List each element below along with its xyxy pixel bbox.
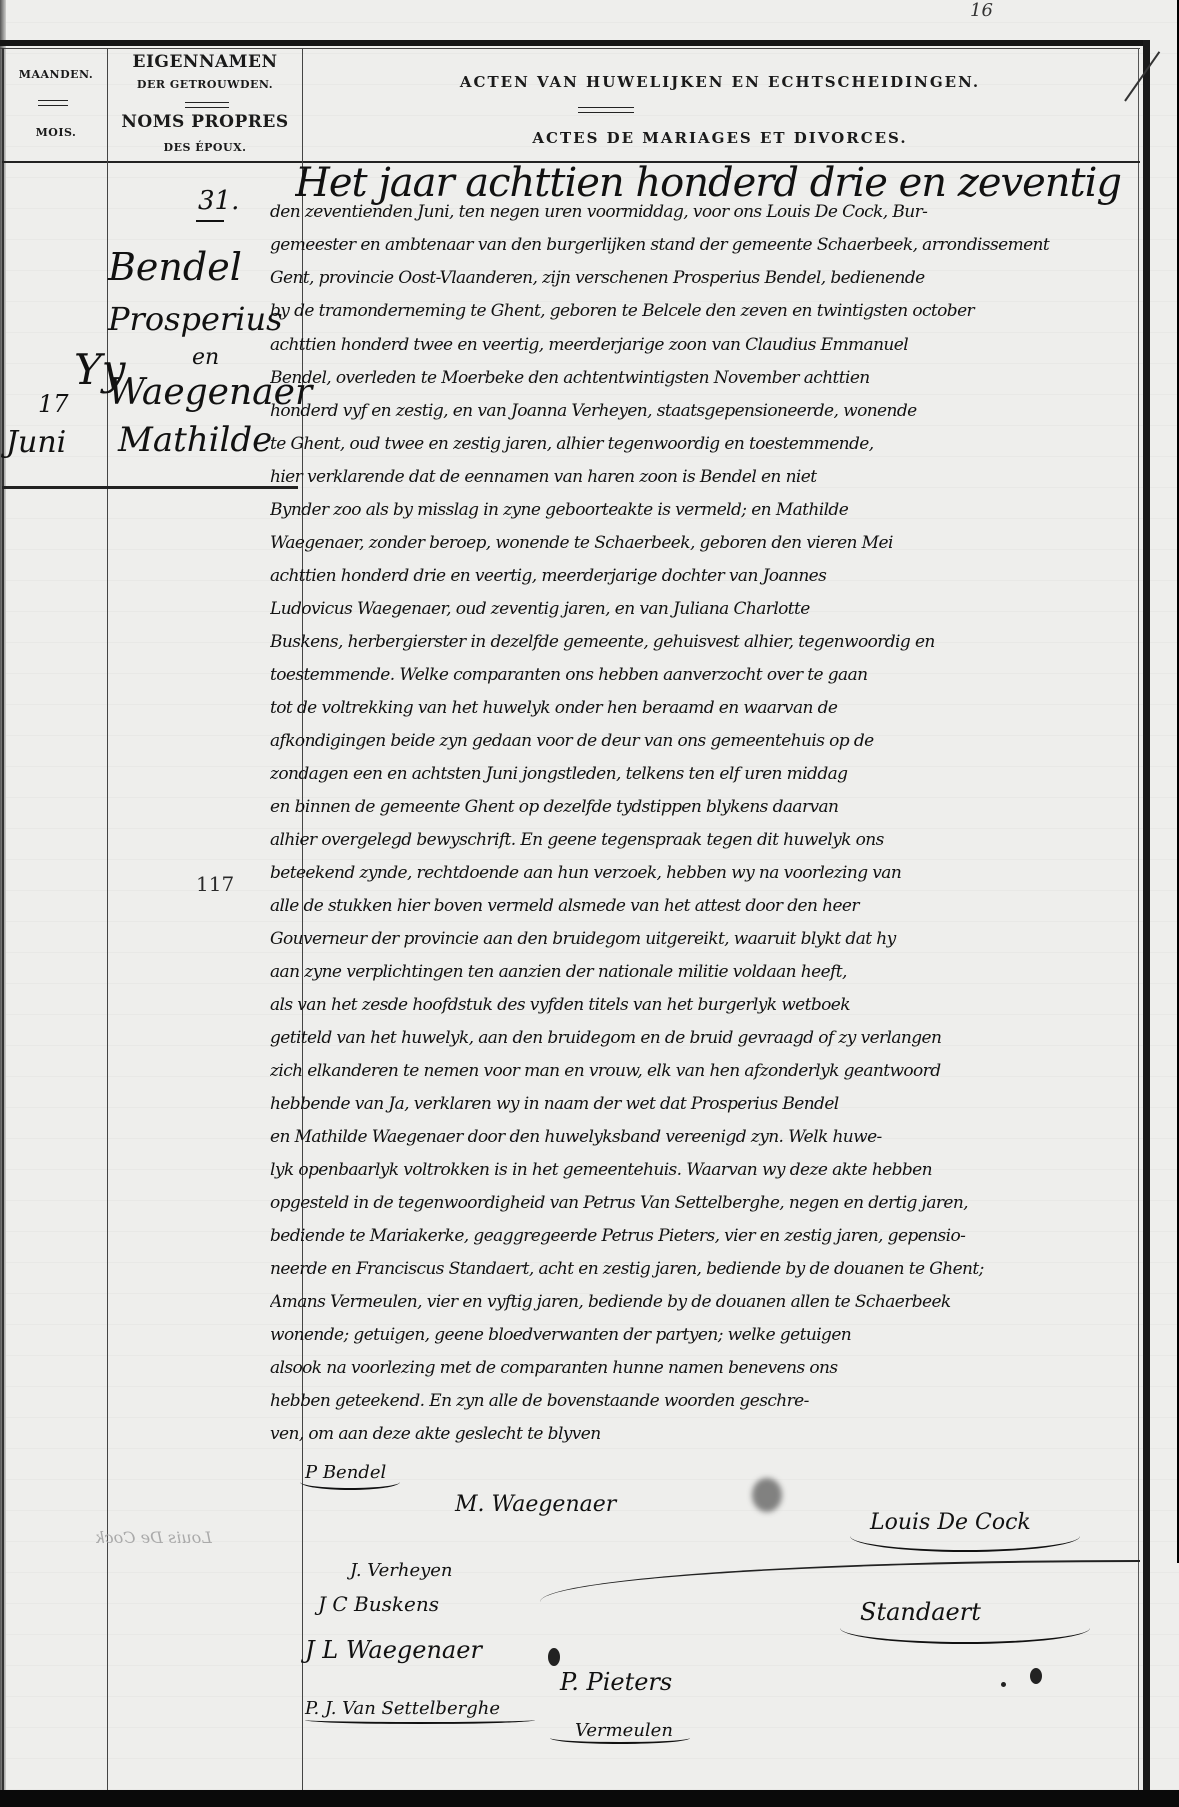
page-title-nl: ACTEN VAN HUWELIJKEN EN ECHTSCHEIDINGEN. <box>305 73 1135 91</box>
body-line: opgesteld in de tegenwoordigheid van Pet… <box>270 1193 1136 1213</box>
folio-number: 16 <box>970 0 993 21</box>
body-line: bediende te Mariakerke, geaggregeerde Pe… <box>270 1226 1136 1246</box>
ink-smudge <box>752 1478 782 1512</box>
body-line: Ludovicus Waegenaer, oud zeventig jaren,… <box>270 599 1136 619</box>
body-line: alsook na voorlezing met de comparanten … <box>270 1358 1136 1378</box>
signature-bleed-through: Louis De Cock <box>95 1528 212 1547</box>
body-line: alhier overgelegd bewyschrift. En geene … <box>270 830 1136 850</box>
frame-right-inner-rule <box>1138 48 1139 1790</box>
body-line: beteekend zynde, rechtdoende aan hun ver… <box>270 863 1136 883</box>
frame-right-rule <box>1143 40 1150 1790</box>
groom-surname: Bendel <box>108 245 242 289</box>
signature-flourish <box>850 1520 1080 1552</box>
entry-number-underline <box>196 220 224 222</box>
body-line: en Mathilde Waegenaer door den huwelyksb… <box>270 1127 1136 1147</box>
body-line: Bynder zoo als by misslag in zyne geboor… <box>270 500 1136 520</box>
entry-day: 17 <box>38 390 69 418</box>
bride-firstname: Mathilde <box>118 420 272 460</box>
double-rule <box>185 102 229 108</box>
body-line: als van het zesde hoofdstuk des vyfden t… <box>270 995 1136 1015</box>
signature-m-waegenaer: M. Waegenaer <box>455 1492 616 1517</box>
signature-flourish <box>300 1474 400 1490</box>
double-rule <box>38 100 68 106</box>
conjunction-en: en <box>192 345 219 370</box>
body-line: hebben geteekend. En zyn alle de bovenst… <box>270 1391 1136 1411</box>
body-line: wonende; getuigen, geene bloedverwanten … <box>270 1325 1136 1345</box>
body-line: achttien honderd drie en veertig, meerde… <box>270 566 1136 586</box>
frame-left-rule <box>2 48 4 1790</box>
column-header-month-nl: MAANDEN. <box>8 68 104 81</box>
column-header-names-nl: EIGENNAMEN <box>110 52 300 72</box>
body-line: Bendel, overleden te Moerbeke den achten… <box>270 368 1136 388</box>
body-line: aan zyne verplichtingen ten aanzien der … <box>270 962 1136 982</box>
body-line: Het jaar achttien honderd drie en zevent… <box>295 160 1161 206</box>
body-line: zondagen een en achtsten Juni jongstlede… <box>270 764 1136 784</box>
signature-verheyen: J. Verheyen <box>350 1560 453 1581</box>
column-header-names-fr-sub: DES ÉPOUX. <box>110 141 300 154</box>
body-line: Waegenaer, zonder beroep, wonende te Sch… <box>270 533 1136 553</box>
signature-flourish <box>840 1612 1090 1644</box>
body-line: ven, om aan deze akte geslecht te blyven <box>270 1424 1136 1444</box>
column-header-month-fr: MOIS. <box>8 126 104 139</box>
register-stamp-number: 117 <box>196 872 234 896</box>
body-line: Amans Vermeulen, vier en vyftig jaren, b… <box>270 1292 1136 1312</box>
body-line: honderd vyf en zestig, en van Joanna Ver… <box>270 401 1136 421</box>
entry-month: Juni <box>6 425 66 460</box>
body-line: neerde en Franciscus Standaert, acht en … <box>270 1259 1136 1279</box>
signature-flourish <box>550 1732 690 1744</box>
body-line: den zeventienden Juni, ten negen uren vo… <box>270 202 1136 222</box>
page-title-fr: ACTES DE MARIAGES ET DIVORCES. <box>305 129 1135 147</box>
signature-buskens: J C Buskens <box>318 1592 439 1616</box>
double-rule <box>578 107 634 113</box>
body-line: by de tramonderneming te Ghent, geboren … <box>270 301 1136 321</box>
signature-flourish <box>305 1716 535 1724</box>
body-line: Gent, provincie Oost-Vlaanderen, zijn ve… <box>270 268 1136 288</box>
body-line: Gouverneur der provincie aan den bruideg… <box>270 929 1136 949</box>
ink-blot <box>1030 1668 1042 1684</box>
body-line: tot de voltrekking van het huwelyk onder… <box>270 698 1136 718</box>
ink-blot <box>548 1648 560 1666</box>
body-line: Buskens, herbergierster in dezelfde geme… <box>270 632 1136 652</box>
body-line: alle de stukken hier boven vermeld alsme… <box>270 896 1136 916</box>
body-line: hier verklarende dat de eennamen van har… <box>270 467 1136 487</box>
groom-firstname: Prosperius <box>108 300 283 338</box>
body-line: hebbende van Ja, verklaren wy in naam de… <box>270 1094 1136 1114</box>
signature-pieters: P. Pieters <box>560 1668 672 1696</box>
body-line: achttien honderd twee en veertig, meerde… <box>270 335 1136 355</box>
column-header-names-nl-sub: DER GETROUWDEN. <box>110 78 300 91</box>
body-line: gemeester en ambtenaar van den burgerlij… <box>270 235 1136 255</box>
body-line: te Ghent, oud twee en zestig jaren, alhi… <box>270 434 1136 454</box>
frame-top-rule <box>0 40 1150 46</box>
ink-dot <box>1001 1682 1006 1687</box>
scan-border-bottom <box>0 1790 1179 1807</box>
entry-separator-rule <box>2 486 298 489</box>
column-header-names-fr: NOMS PROPRES <box>110 112 300 132</box>
body-line: afkondigingen beide zyn gedaan voor de d… <box>270 731 1136 751</box>
frame-top-inner-rule <box>0 48 1140 49</box>
body-line: toestemmende. Welke comparanten ons hebb… <box>270 665 1136 685</box>
entry-number: 31. <box>198 186 239 216</box>
body-line: en binnen de gemeente Ghent op dezelfde … <box>270 797 1136 817</box>
body-line: lyk openbaarlyk voltrokken is in het gem… <box>270 1160 1136 1180</box>
signature-j-waegenaer: J L Waegenaer <box>305 1636 482 1664</box>
body-line: getiteld van het huwelyk, aan den bruide… <box>270 1028 1136 1048</box>
body-line: zich elkanderen te nemen voor man en vro… <box>270 1061 1136 1081</box>
